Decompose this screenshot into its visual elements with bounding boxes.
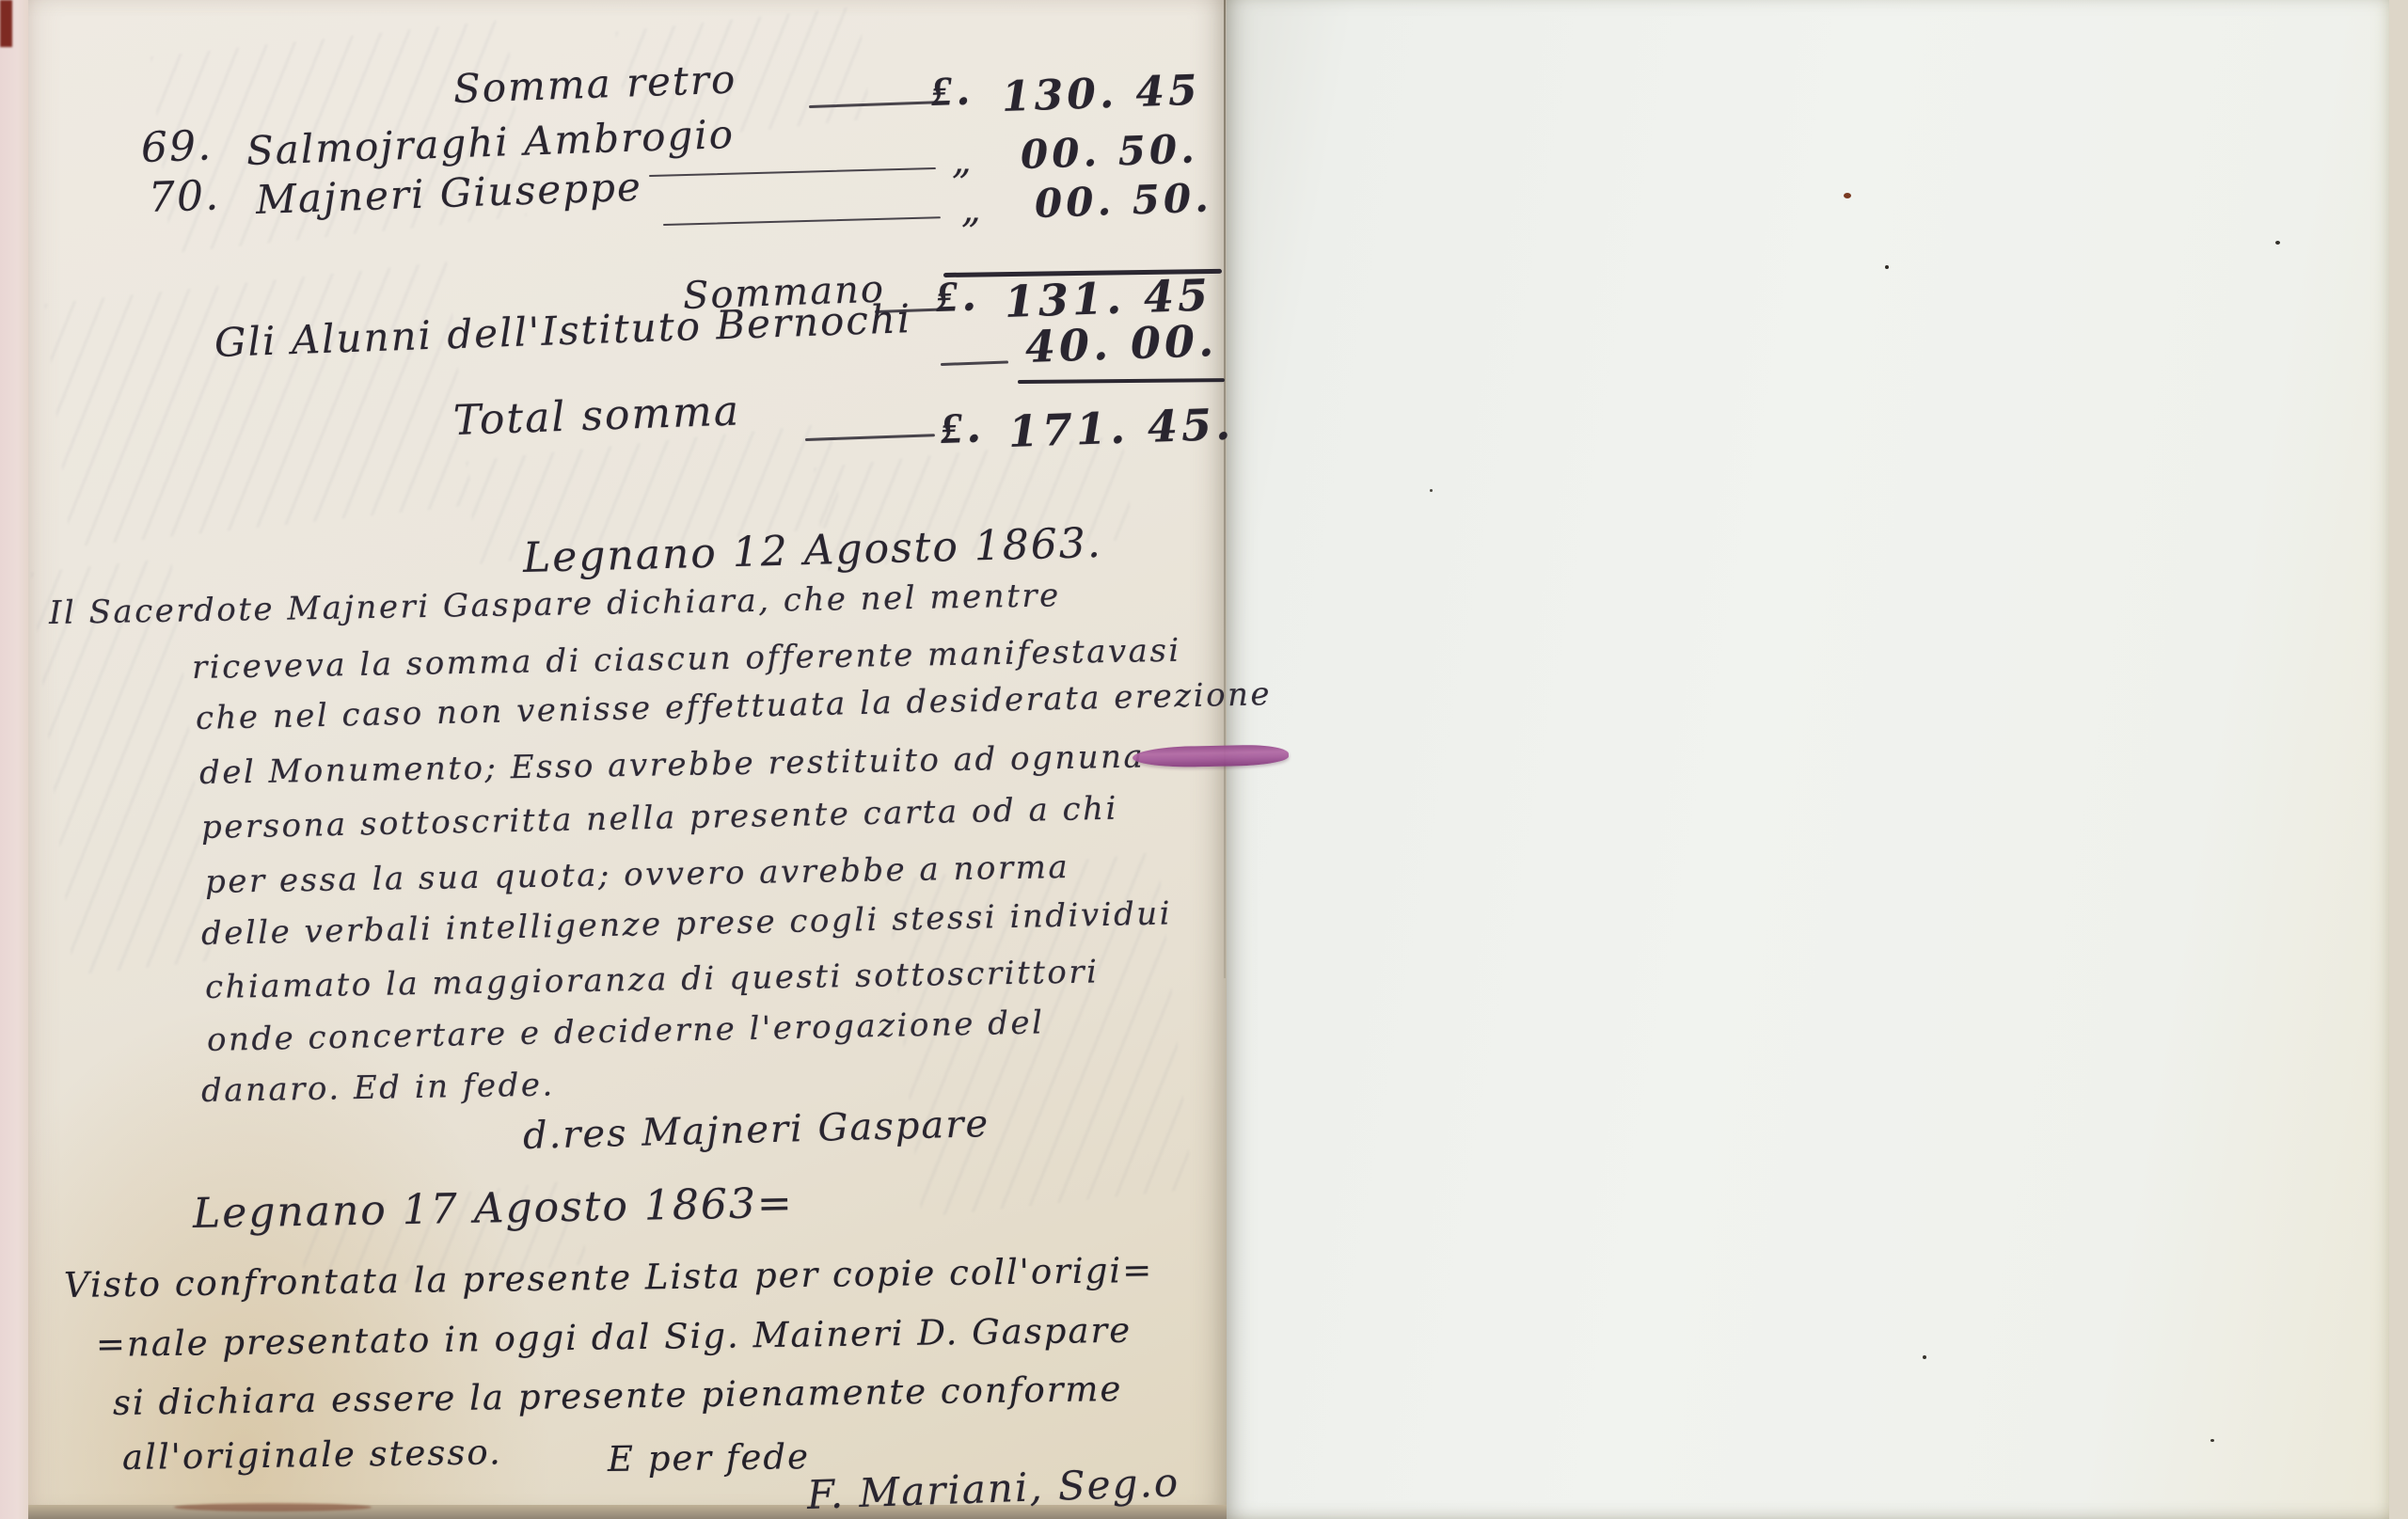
entry-amount: 00. 50. <box>1034 174 1212 227</box>
carryover-amount: 130. 45 <box>1001 67 1201 121</box>
total-label: Total somma <box>452 387 741 445</box>
speck <box>1885 265 1889 269</box>
sommano-currency: ₤. <box>935 269 981 322</box>
speck <box>2275 241 2280 245</box>
total-amount: 171. 45. <box>1007 399 1235 457</box>
right-page <box>1227 0 2389 1519</box>
red-binding-mark <box>0 0 12 47</box>
manuscript-scan: Somma retro ₤. 130. 45 69. Salmojraghi A… <box>0 0 2408 1519</box>
ink-showthrough <box>45 261 473 547</box>
entry-amount: 00. 50. <box>1020 125 1198 178</box>
declaration-line: danaro. Ed in fede. <box>201 1066 555 1110</box>
ditto-mark: „ <box>961 188 983 231</box>
alunni-amount: 40. 00. <box>1024 315 1218 372</box>
carryover-label: Somma retro <box>452 56 737 112</box>
speck <box>1923 1355 1926 1359</box>
underlying-page-edge <box>0 0 32 1519</box>
carryover-currency: ₤. <box>930 66 974 116</box>
total-currency: ₤. <box>940 401 986 453</box>
speck <box>1844 193 1851 198</box>
page-fold-line <box>1224 0 1226 978</box>
speck <box>1430 489 1433 492</box>
entry-number: 69. <box>140 121 214 172</box>
verification-line: all'originale stesso. <box>122 1432 502 1478</box>
bottom-stain <box>174 1503 372 1511</box>
ditto-mark: „ <box>952 139 974 182</box>
speck <box>2210 1439 2214 1442</box>
entry-number: 70. <box>148 171 221 222</box>
verification-closing: E per fede <box>608 1436 811 1479</box>
